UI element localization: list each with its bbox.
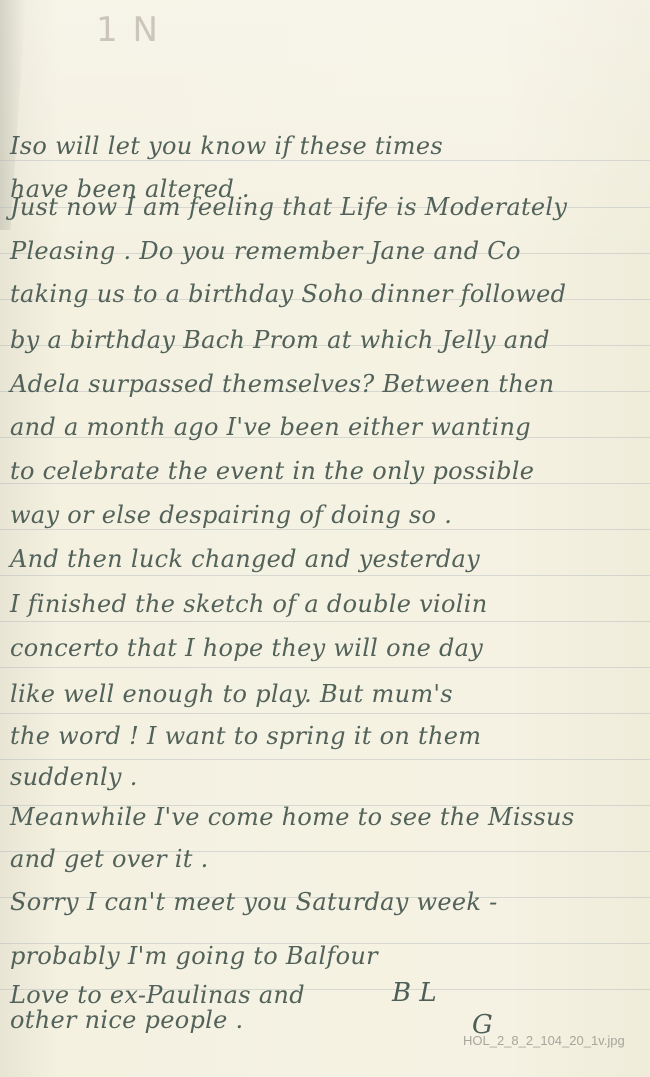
letter-line: Adela surpassed themselves? Between then (10, 370, 554, 398)
letter-line: other nice people . (10, 1006, 243, 1034)
letter-line: way or else despairing of doing so . (10, 501, 452, 529)
pencil-annotation: 1 N (96, 10, 160, 50)
letter-line: And then luck changed and yesterday (10, 545, 480, 573)
letter-line: like well enough to play. But mum's (10, 680, 453, 708)
ruled-line (0, 759, 650, 760)
letter-line: Love to ex-Paulinas and (10, 981, 305, 1009)
letter-line: Iso will let you know if these times (10, 132, 443, 160)
signature: B L (392, 978, 437, 1008)
letter-line: Sorry I can't meet you Saturday week - (10, 888, 498, 916)
letter-line: the word ! I want to spring it on them (10, 722, 481, 750)
letter-line: Pleasing . Do you remember Jane and Co (10, 237, 521, 265)
letter-line: probably I'm going to Balfour (10, 942, 378, 970)
ruled-line (0, 621, 650, 622)
letter-line: taking us to a birthday Soho dinner foll… (10, 280, 566, 308)
filename-watermark: HOL_2_8_2_104_20_1v.jpg (463, 1032, 643, 1049)
ruled-line (0, 713, 650, 714)
letter-line: to celebrate the event in the only possi… (10, 457, 534, 485)
letter-line: suddenly . (10, 763, 138, 791)
letter-line: Just now I am feeling that Life is Moder… (10, 193, 567, 221)
letter-line: and a month ago I've been either wanting (10, 413, 531, 441)
ruled-line (0, 575, 650, 576)
letter-line: I finished the sketch of a double violin (10, 590, 487, 618)
letter-line: concerto that I hope they will one day (10, 634, 483, 662)
letter-line: by a birthday Bach Prom at which Jelly a… (10, 326, 550, 354)
ruled-line (0, 160, 650, 161)
letter-line: and get over it . (10, 845, 209, 873)
letter-line: Meanwhile I've come home to see the Miss… (10, 803, 574, 831)
ruled-line (0, 667, 650, 668)
ruled-line (0, 529, 650, 530)
